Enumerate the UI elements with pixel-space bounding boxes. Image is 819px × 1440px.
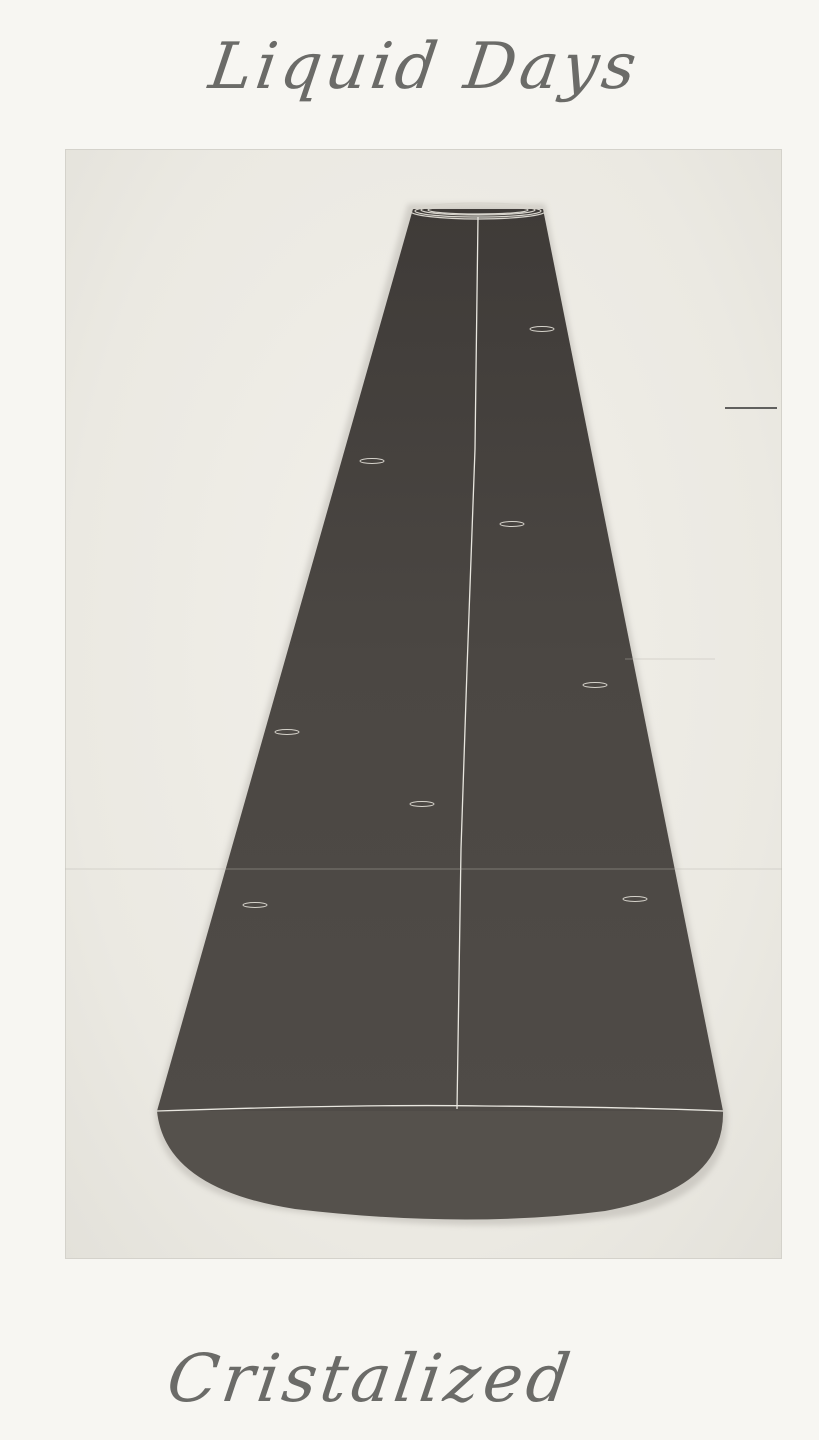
caption-bottom: Cristalized xyxy=(163,1340,579,1417)
cone-artwork xyxy=(65,149,782,1259)
etching-plate xyxy=(65,149,782,1259)
cone-body xyxy=(157,209,723,1111)
caption-title: Liquid Days xyxy=(205,30,645,104)
